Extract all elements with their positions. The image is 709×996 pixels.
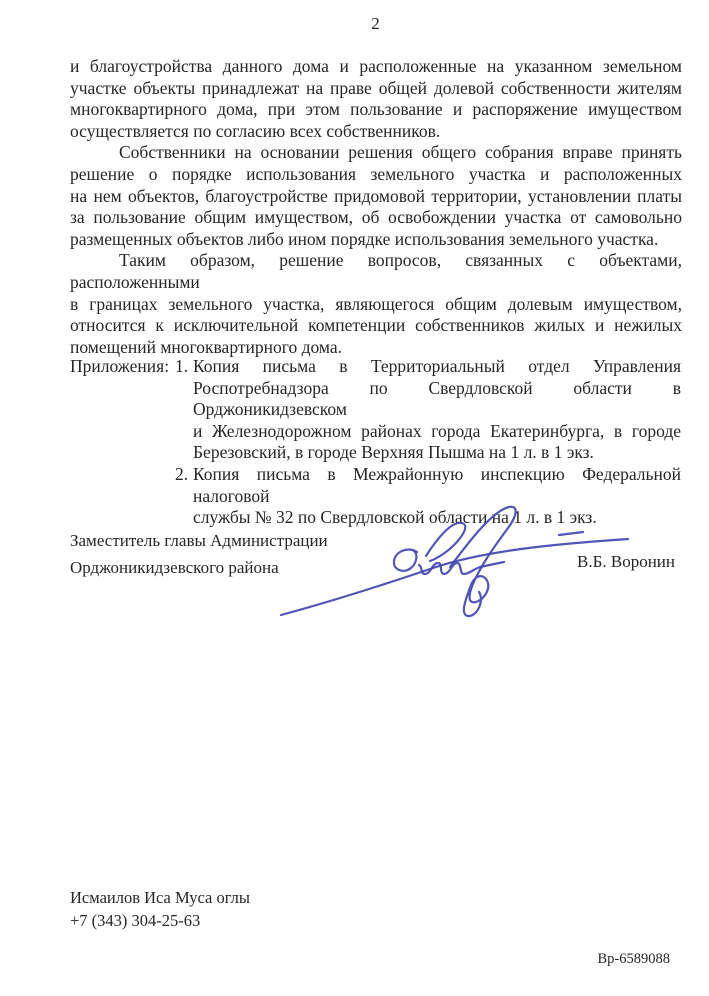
executor-phone: +7 (343) 304-25-63 [70,909,250,932]
text-line: Березовский, в городе Верхняя Пышма на 1… [193,442,681,464]
attachment-item-text: Копия письма в Межрайонную инспекцию Фед… [193,464,681,529]
text-line: Копия письма в Межрайонную инспекцию Фед… [193,464,681,507]
page-number: 2 [70,14,681,34]
text-line: участке объекты принадлежат на праве общ… [70,78,682,100]
text-line: за пользование общим имуществом, об осво… [70,207,682,229]
text-line: и благоустройства данного дома и располо… [70,56,682,78]
text-line: Заместитель главы Администрации [70,527,328,554]
signatory-title: Заместитель главы АдминистрацииОрджоники… [70,527,328,581]
attachment-item: 1. Копия письма в Территориальный отдел … [175,356,681,464]
paragraph: и благоустройства данного дома и располо… [70,56,682,142]
text-line: на нем объектов, благоустройстве придомо… [70,186,682,208]
text-line: размещенных объектов либо ином порядке и… [70,229,682,251]
text-line: Собственники на основании решения общего… [70,142,682,164]
document-registration-number: Вр-6589088 [70,951,670,968]
attachment-item: 2. Копия письма в Межрайонную инспекцию … [175,464,681,529]
text-line: Орджоникидзевского района [70,554,328,581]
executor-name: Исмаилов Иса Муса оглы [70,886,250,909]
executor-block: Исмаилов Иса Муса оглы +7 (343) 304-25-6… [70,886,250,932]
text-line: относится к исключительной компетенции с… [70,315,682,337]
text-line: решение о порядке использования земельно… [70,164,682,186]
text-line: в границах земельного участка, являющего… [70,294,682,316]
text-line: Роспотребнадзора по Свердловской области… [193,378,681,421]
text-line: многоквартирного дома, при этом пользова… [70,99,682,121]
text-line: Таким образом, решение вопросов, связанн… [70,250,682,293]
text-line: службы № 32 по Свердловской области на 1… [193,507,681,529]
paragraph: Собственники на основании решения общего… [70,142,682,250]
attachments-section: Приложения: 1. Копия письма в Территориа… [70,356,681,529]
document-page: 2 и благоустройства данного дома и распо… [0,0,709,996]
paragraph: Таким образом, решение вопросов, связанн… [70,250,682,358]
attachments-list: 1. Копия письма в Территориальный отдел … [175,356,681,529]
signatory-name: В.Б. Воронин [577,552,675,572]
text-line: и Железнодорожном районах города Екатери… [193,421,681,443]
signature-block: Заместитель главы АдминистрацииОрджоники… [70,527,681,662]
body-text: и благоустройства данного дома и располо… [70,56,682,358]
list-marker: 1. [175,356,188,378]
attachment-item-text: Копия письма в Территориальный отдел Упр… [193,356,681,464]
text-line: Копия письма в Территориальный отдел Упр… [193,356,681,378]
attachments-label: Приложения: [70,356,175,529]
text-line: осуществляется по согласию всех собствен… [70,121,682,143]
list-marker: 2. [175,464,188,486]
